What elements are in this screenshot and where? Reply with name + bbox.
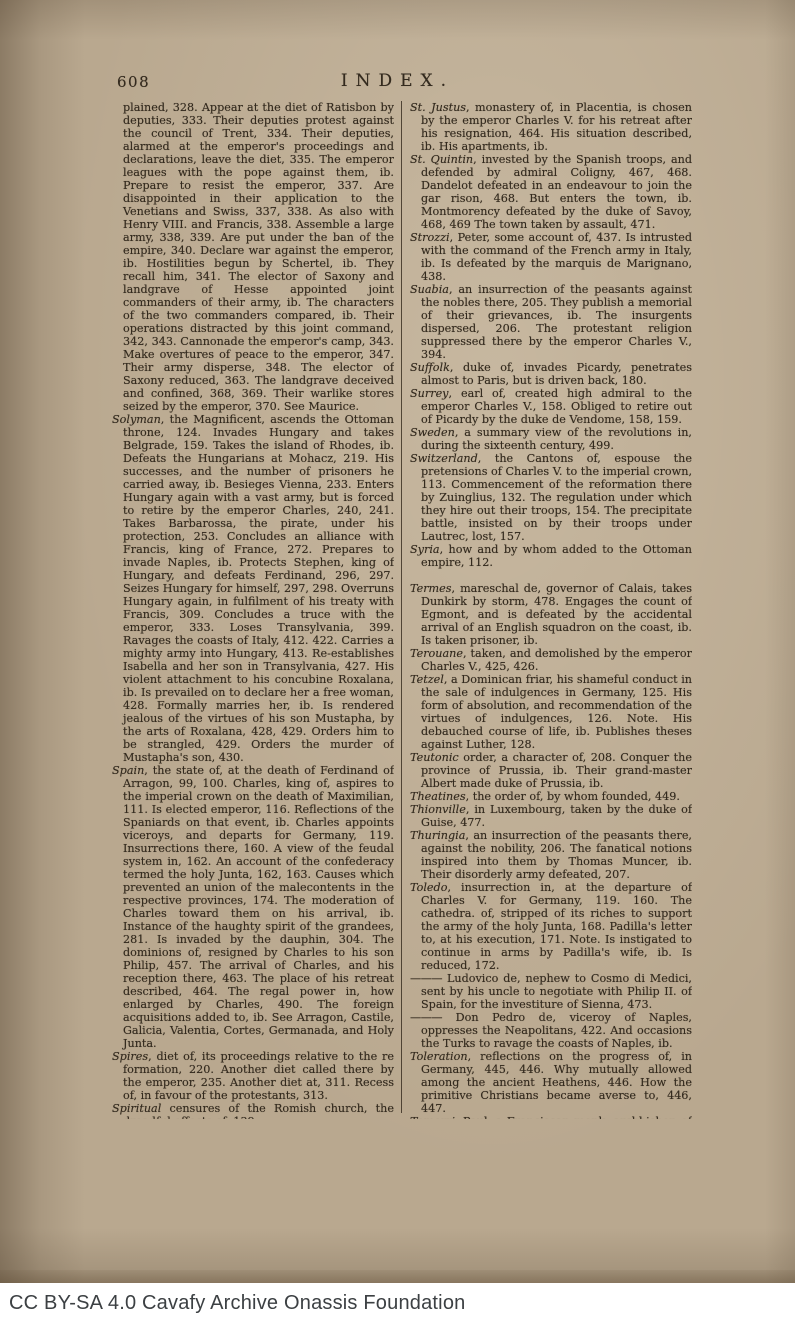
index-entry: Suabia, an insurrection of the peasants … xyxy=(410,283,692,361)
index-entry: Spain, the state of, at the death of Fer… xyxy=(112,764,394,1050)
index-entry: Toledo, insurrection in, at the departur… xyxy=(410,881,692,972)
index-entry-term: Tomorri xyxy=(410,1115,455,1119)
index-entry: Teutonic order, a character of, 208. Con… xyxy=(410,751,692,790)
license-caption-text: CC BY-SA 4.0 Cavafy Archive Onassis Foun… xyxy=(9,1292,465,1315)
index-entry-term: Toledo xyxy=(410,881,447,894)
index-entry-term: ——— xyxy=(410,1011,442,1024)
index-entry: ——— Ludovico de, nephew to Cosmo di Medi… xyxy=(410,972,692,1011)
index-entry: Strozzi, Peter, some account of, 437. Is… xyxy=(410,231,692,283)
index-entry-term: Switzerland xyxy=(410,452,478,465)
index-column-left: plained, 328. Appear at the diet of Rati… xyxy=(112,101,394,1119)
index-entry: Tomorri, Paul, a Franciscan monk, archbi… xyxy=(410,1115,692,1119)
index-entry: St. Justus, monastery of, in Placentia, … xyxy=(410,101,692,153)
index-entry-term: Sweden xyxy=(410,426,455,439)
index-entry-term: St. Quintin xyxy=(410,153,473,166)
index-entry: Theatines, the order of, by whom founded… xyxy=(410,790,692,803)
index-entry: Sweden, a summary view of the revolution… xyxy=(410,426,692,452)
index-entry-term: Strozzi xyxy=(410,231,450,244)
index-entry: Syria, how and by whom added to the Otto… xyxy=(410,543,692,569)
column-divider xyxy=(401,101,402,1113)
index-entry: Terouane, taken, and demolished by the e… xyxy=(410,647,692,673)
book-page: 608 INDEX. plained, 328. Appear at the d… xyxy=(0,0,795,1283)
index-entry-term: Terouane xyxy=(410,647,463,660)
index-entry: plained, 328. Appear at the diet of Rati… xyxy=(112,101,394,413)
index-entry-term: Theatines xyxy=(410,790,466,803)
index-entry: Switzerland, the Cantons of, espouse the… xyxy=(410,452,692,543)
index-entry: Spires, diet of, its proceedings relativ… xyxy=(112,1050,394,1102)
index-entry: ——— Don Pedro de, viceroy of Naples, opp… xyxy=(410,1011,692,1050)
index-entry-term: Tetzel xyxy=(410,673,444,686)
index-text-block: plained, 328. Appear at the diet of Rati… xyxy=(112,101,692,1119)
index-entry-term: Termes xyxy=(410,582,452,595)
index-entry: Suffolk, duke of, invades Picardy, penet… xyxy=(410,361,692,387)
index-entry: Thuringia, an insurrection of the peasan… xyxy=(410,829,692,881)
index-column-right: St. Justus, monastery of, in Placentia, … xyxy=(410,101,692,1119)
index-entry-term: Suffolk xyxy=(410,361,450,374)
index-entry: Toleration, reflections on the progress … xyxy=(410,1050,692,1115)
index-title: INDEX. xyxy=(0,71,795,91)
index-entry-term: Spires xyxy=(112,1050,148,1063)
index-entry: Solyman, the Magnificent, ascends the Ot… xyxy=(112,413,394,764)
index-entry-term: Syria xyxy=(410,543,440,556)
index-entry-term: Teutonic xyxy=(410,751,459,764)
index-entry: Spiritual censures of the Romish church,… xyxy=(112,1102,394,1119)
index-entry-term: Surrey xyxy=(410,387,449,400)
index-entry: Surrey, earl of, created high admiral to… xyxy=(410,387,692,426)
index-entry-term: Spain xyxy=(112,764,144,777)
page-bottom-edge xyxy=(0,1270,795,1283)
index-entry-term: Suabia xyxy=(410,283,449,296)
index-entry-term: Solyman xyxy=(112,413,161,426)
index-entry: Tetzel, a Dominican friar, his shameful … xyxy=(410,673,692,751)
index-entry: St. Quintin, invested by the Spanish tro… xyxy=(410,153,692,231)
index-entry-term: St. Justus xyxy=(410,101,466,114)
license-caption: CC BY-SA 4.0 Cavafy Archive Onassis Foun… xyxy=(0,1283,795,1324)
index-entry-term: Thuringia xyxy=(410,829,465,842)
index-entry-term: Spiritual xyxy=(112,1102,161,1115)
index-entry: Thionville, in Luxembourg, taken by the … xyxy=(410,803,692,829)
index-entry-term: Toleration xyxy=(410,1050,468,1063)
index-entry: Termes, mareschal de, governor of Calais… xyxy=(410,582,692,647)
index-entry-term: ——— xyxy=(410,972,442,985)
index-entry-term: Thionville xyxy=(410,803,466,816)
